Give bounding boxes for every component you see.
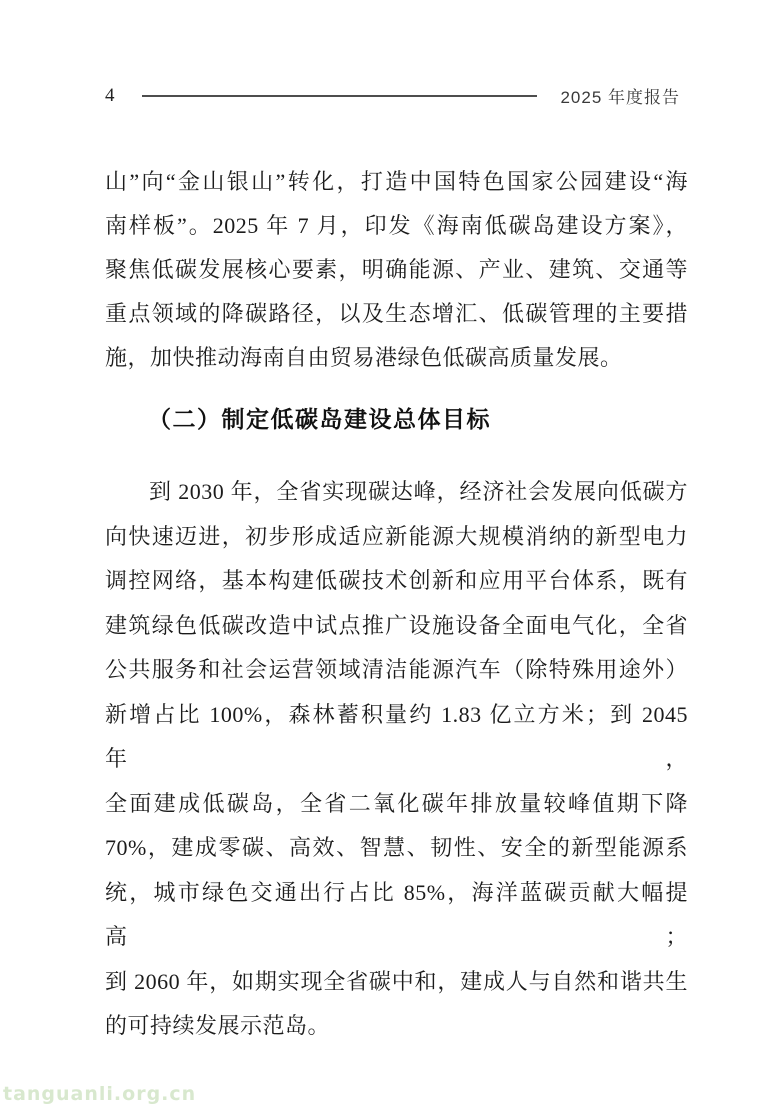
paragraph-2: 到 2030 年，全省实现碳达峰，经济社会发展向低碳方 向快速迈进，初步形成适应… <box>105 470 688 1049</box>
text-line: 施，加快推动海南自由贸易港绿色低碳高质量发展。 <box>105 336 688 380</box>
paragraph-1: 山”向“金山银山”转化，打造中国特色国家公园建设“海 南样板”。2025 年 7… <box>105 160 688 380</box>
report-title: 2025 年度报告 <box>560 83 680 108</box>
text-line: 到 2030 年，全省实现碳达峰，经济社会发展向低碳方 <box>105 470 688 515</box>
text-line: 聚焦低碳发展核心要素，明确能源、产业、建筑、交通等 <box>105 248 688 292</box>
page-number: 4 <box>105 86 115 106</box>
text-line: 向快速迈进，初步形成适应新能源大规模消纳的新型电力 <box>105 515 688 560</box>
text-line: 公共服务和社会运营领域清洁能源汽车（除特殊用途外） <box>105 648 688 693</box>
text-line: 到 2060 年，如期实现全省碳中和，建成人与自然和谐共生 <box>105 960 688 1005</box>
text-line: 70%，建成零碳、高效、智慧、韧性、安全的新型能源系 <box>105 826 688 871</box>
watermark: tanguanli.org.cn <box>3 1083 196 1105</box>
text-line: 南样板”。2025 年 7 月，印发《海南低碳岛建设方案》， <box>105 204 688 248</box>
section-heading: （二）制定低碳岛建设总体目标 <box>148 398 491 442</box>
text-line: 新增占比 100%，森林蓄积量约 1.83 亿立方米；到 2045 年， <box>105 693 688 782</box>
page-header: 4 2025 年度报告 <box>105 83 680 108</box>
text-line: 山”向“金山银山”转化，打造中国特色国家公园建设“海 <box>105 160 688 204</box>
text-line: 的可持续发展示范岛。 <box>105 1004 688 1049</box>
header-rule <box>142 95 538 97</box>
text-line: 建筑绿色低碳改造中试点推广设施设备全面电气化，全省 <box>105 604 688 649</box>
text-line: 统，城市绿色交通出行占比 85%，海洋蓝碳贡献大幅提高； <box>105 871 688 960</box>
document-page: 4 2025 年度报告 山”向“金山银山”转化，打造中国特色国家公园建设“海 南… <box>0 0 782 1105</box>
text-line: 调控网络，基本构建低碳技术创新和应用平台体系，既有 <box>105 559 688 604</box>
text-line: 重点领域的降碳路径，以及生态增汇、低碳管理的主要措 <box>105 292 688 336</box>
text-line: 全面建成低碳岛，全省二氧化碳年排放量较峰值期下降 <box>105 782 688 827</box>
